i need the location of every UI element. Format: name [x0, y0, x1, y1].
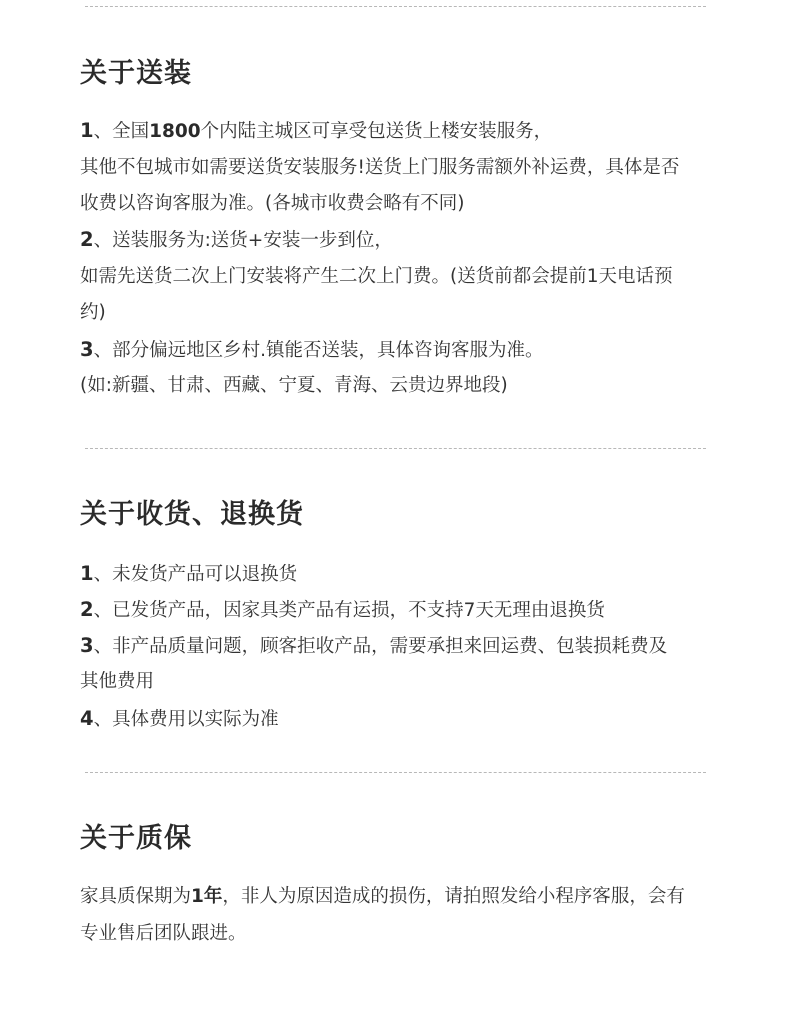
delivery-line-6: 约) [80, 300, 106, 326]
returns-line-2: 2、已发货产品，因家具类产品有运损，不支持7天无理由退换货 [80, 597, 605, 624]
returns-line-5: 4、具体费用以实际为准 [80, 706, 279, 733]
item-number: 2 [80, 598, 94, 621]
delivery-line-3: 收费以咨询客服为准。(各城市收费会略有不同) [80, 191, 464, 217]
item-number: 2 [80, 228, 94, 251]
section-title-delivery: 关于送装 [80, 56, 192, 92]
city-count: 1800 [149, 121, 201, 142]
delivery-line-7: 3、部分偏远地区乡村.镇能否送装，具体咨询客服为准。 [80, 337, 543, 364]
delivery-line-8: (如:新疆、甘肃、西藏、宁夏、青海、云贵边界地段) [80, 373, 508, 399]
item-number: 3 [80, 634, 94, 657]
returns-line-1: 1、未发货产品可以退换货 [80, 561, 297, 588]
delivery-line-5: 如需先送货二次上门安装将产生二次上门费。(送货前都会提前1天电话预 [80, 264, 673, 290]
section-title-returns: 关于收货、退换货 [80, 497, 304, 533]
returns-line-4: 其他费用 [80, 669, 154, 695]
item-number: 1 [80, 119, 94, 142]
divider-warranty [85, 772, 706, 773]
delivery-line-4: 2、送装服务为:送货+安装一步到位， [80, 227, 393, 254]
warranty-line-1: 家具质保期为1年，非人为原因造成的损伤，请拍照发给小程序客服，会有 [80, 884, 685, 910]
item-number: 1 [80, 562, 94, 585]
item-number: 4 [80, 707, 94, 730]
section-title-warranty: 关于质保 [80, 821, 192, 857]
warranty-period: 1年 [191, 886, 222, 907]
warranty-line-2: 专业售后团队跟进。 [80, 921, 247, 947]
divider-returns [85, 448, 706, 449]
item-number: 3 [80, 338, 94, 361]
returns-line-3: 3、非产品质量问题，顾客拒收产品，需要承担来回运费、包装损耗费及 [80, 633, 667, 660]
delivery-line-2: 其他不包城市如需要送货安装服务!送货上门服务需额外补运费，具体是否 [80, 155, 679, 181]
divider-top [85, 6, 706, 7]
delivery-line-1: 1、全国1800个内陆主城区可享受包送货上楼安装服务， [80, 118, 552, 145]
